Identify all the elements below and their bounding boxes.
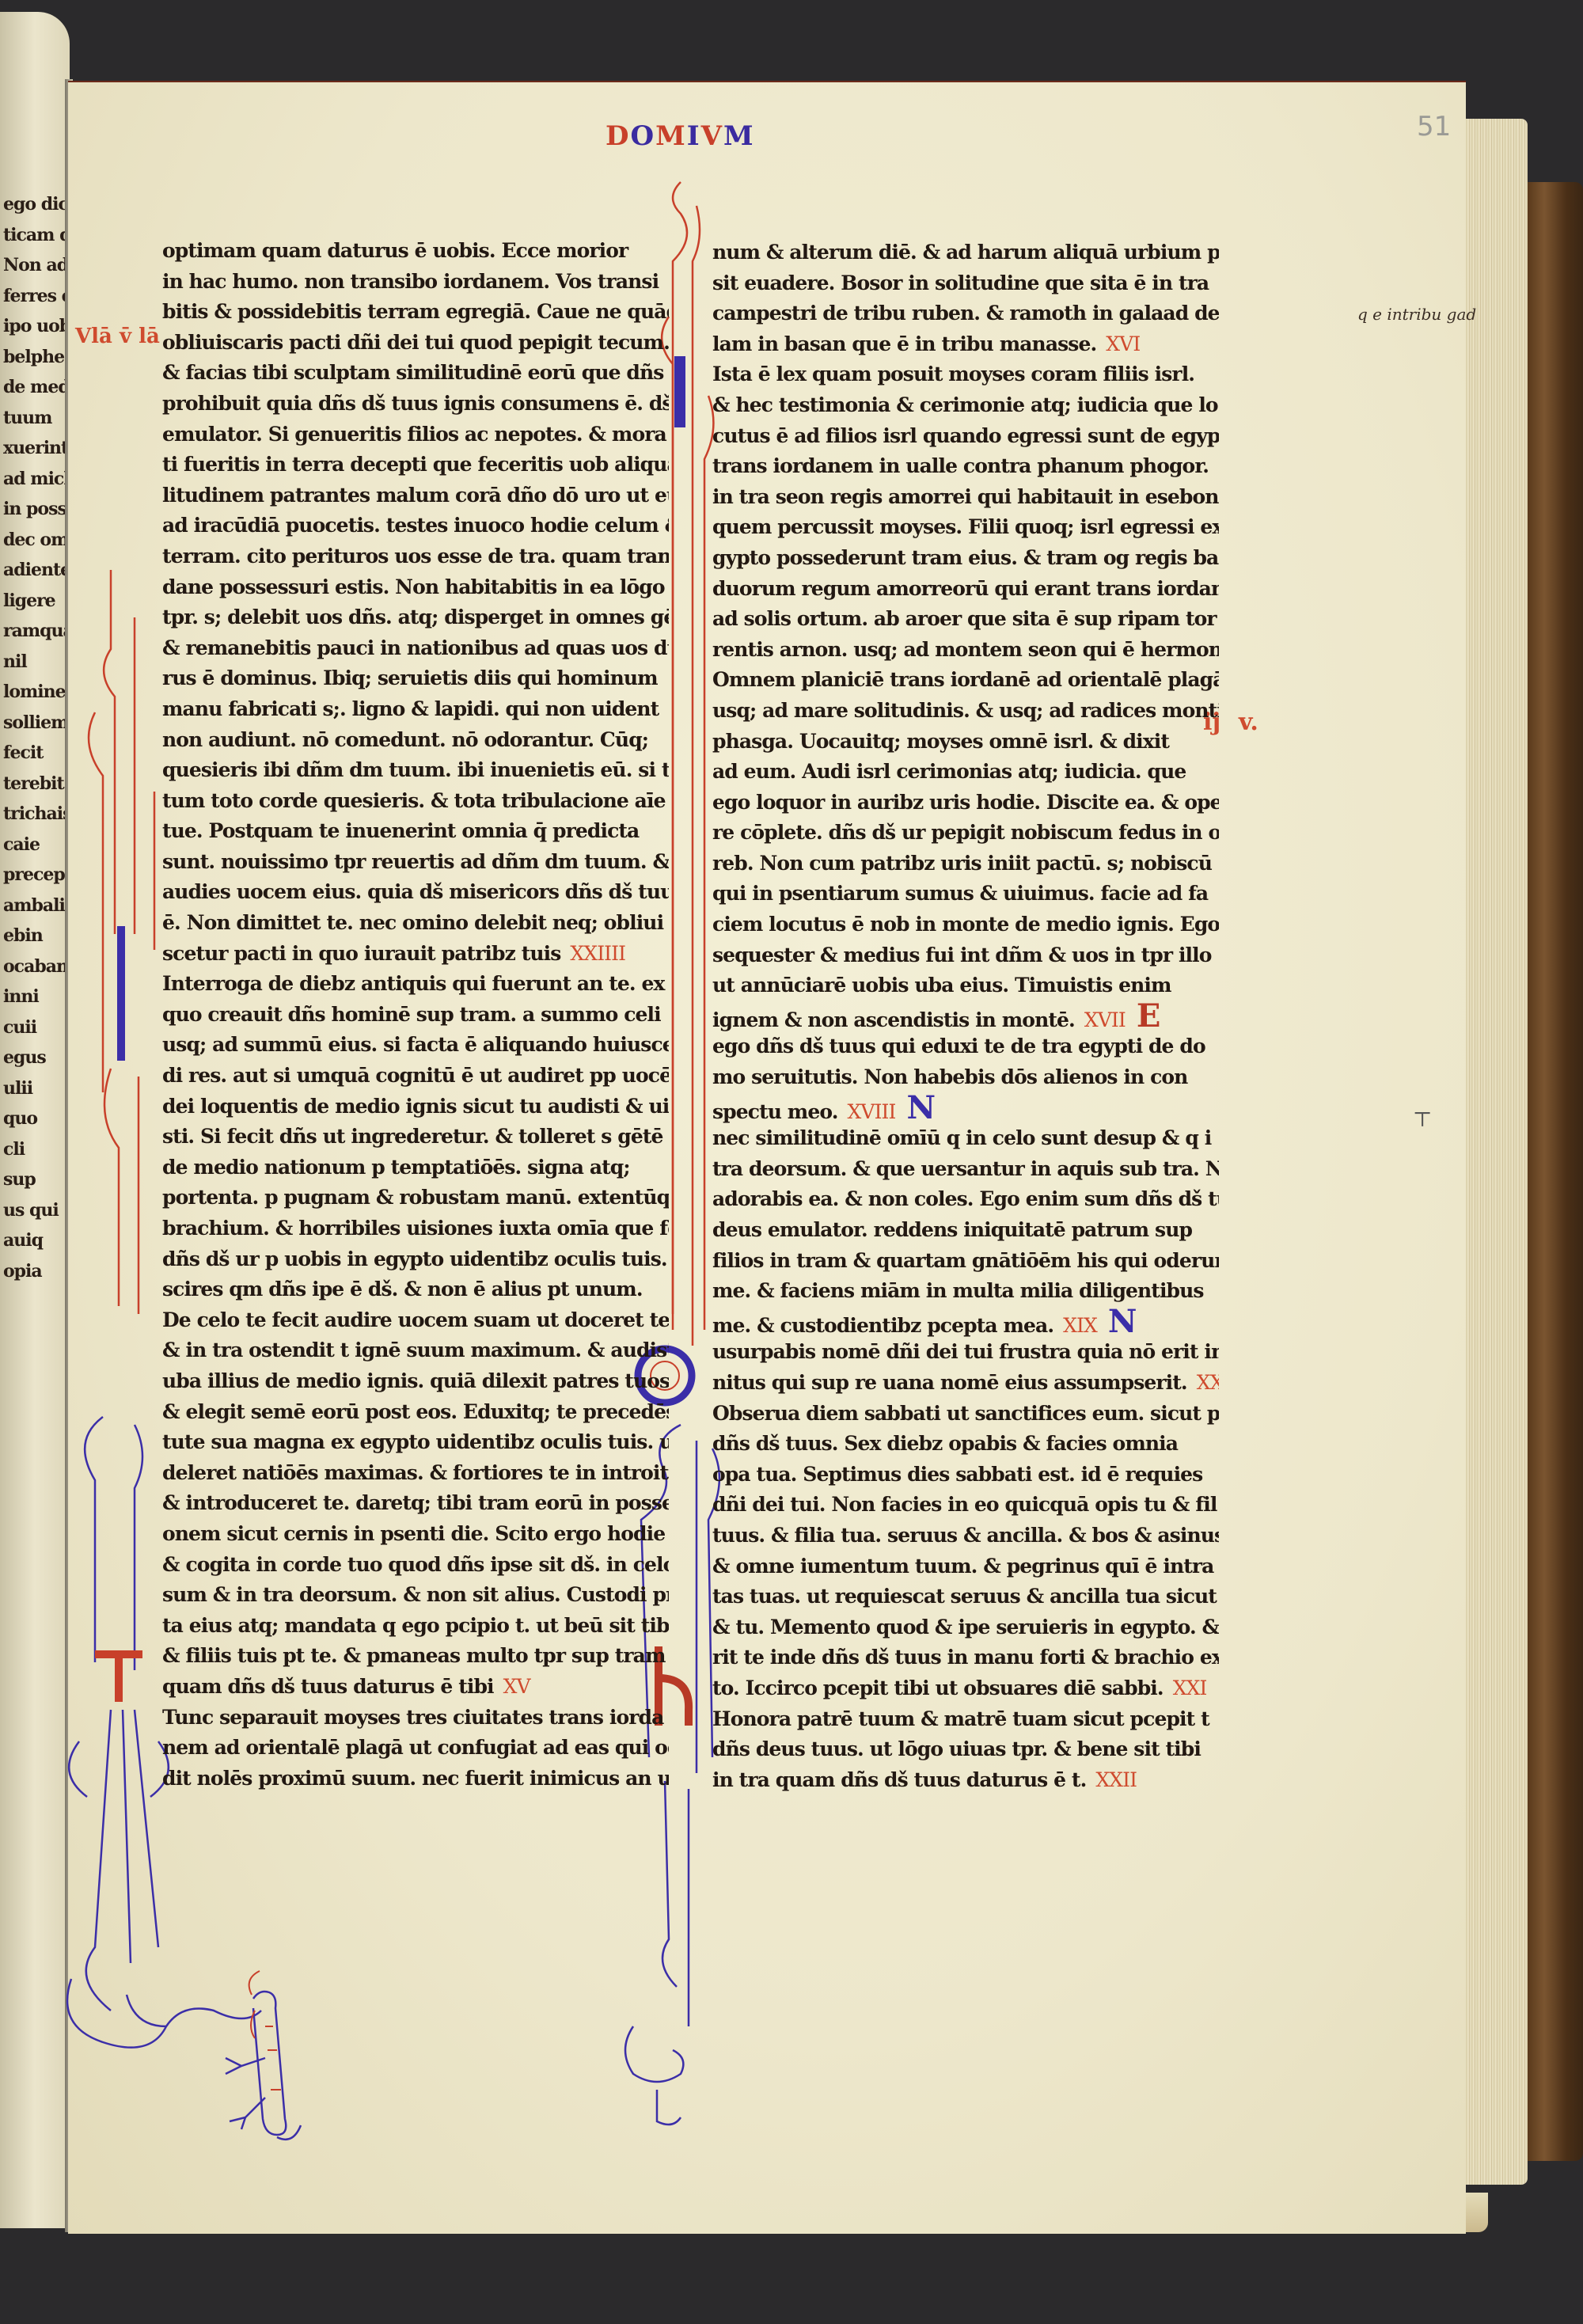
text-line: De celo te fecit audire uocem suam ut do… bbox=[162, 1305, 669, 1336]
text-line: to. Iccirco pcepit tibi ut obsuares diē … bbox=[712, 1673, 1219, 1704]
line-text: spectu meo. bbox=[712, 1100, 838, 1123]
line-text: sti. Si fecit dñs ut ingrederetur. & tol… bbox=[162, 1125, 663, 1148]
text-line: scetur pacti in quo iurauit patribz tuis… bbox=[162, 939, 669, 970]
text-line: deus emulator. reddens iniquitatē patrum… bbox=[712, 1215, 1219, 1246]
decorated-initial: N bbox=[907, 1093, 936, 1124]
text-line: ad solis ortum. ab aroer que sita ē sup … bbox=[712, 604, 1219, 635]
line-text: uba illius de medio ignis. quiā dilexit … bbox=[162, 1369, 669, 1392]
line-text: campestri de tribu ruben. & ramoth in ga… bbox=[712, 302, 1219, 325]
text-line: & omne iumentum tuum. & pegrinus quī ē i… bbox=[712, 1551, 1219, 1582]
line-text: dei loquentis de medio ignis sicut tu au… bbox=[162, 1095, 669, 1118]
line-text: ad solis ortum. ab aroer que sita ē sup … bbox=[712, 607, 1217, 630]
text-line: nec similitudinē omīū q in celo sunt des… bbox=[712, 1123, 1219, 1154]
line-text: terram. cito perituros uos esse de tra. … bbox=[162, 545, 669, 568]
line-text: num & alterum diē. & ad harum aliquā urb… bbox=[712, 241, 1219, 264]
text-line: emulator. Si genueritis filios ac nepote… bbox=[162, 420, 669, 450]
line-text: mo seruitutis. Non habebis dōs alienos i… bbox=[712, 1065, 1187, 1088]
text-line: deleret natiōēs maximas. & fortiores te … bbox=[162, 1458, 669, 1489]
text-line: nitus qui sup re uana nomē eius assumpse… bbox=[712, 1368, 1219, 1399]
text-line: ad eum. Audi isrl cerimonias atq; iudici… bbox=[712, 757, 1219, 788]
line-text: & facias tibi sculptam similitudinē eorū… bbox=[162, 361, 669, 384]
text-line: quem percussit moyses. Filii quoq; isrl … bbox=[712, 512, 1219, 543]
text-line: rus ē dominus. Ibiq; seruietis diis qui … bbox=[162, 663, 669, 694]
line-text: Interroga de diebz antiquis qui fuerunt … bbox=[162, 972, 669, 995]
text-line: rentis arnon. usq; ad montem seon qui ē … bbox=[712, 635, 1219, 666]
text-line: filios in tram & quartam gnātiōēm his qu… bbox=[712, 1246, 1219, 1277]
rubric-chapter-number: XV bbox=[503, 1675, 530, 1698]
text-line: tpr. s; delebit uos dñs. atq; disperget … bbox=[162, 602, 669, 633]
text-line: spectu meo.XVIIIN bbox=[712, 1093, 1219, 1124]
line-text: & cogita in corde tuo quod dñs ipse sit … bbox=[162, 1553, 669, 1576]
text-line: ē. Non dimittet te. nec omino delebit ne… bbox=[162, 908, 669, 939]
text-line: ta eius atq; mandata q ego pcipio t. ut … bbox=[162, 1611, 669, 1642]
line-text: in hac humo. non transibo iordanem. Vos … bbox=[162, 270, 659, 293]
line-text: Honora patrē tuum & matrē tuam sicut pce… bbox=[712, 1707, 1209, 1730]
line-text: Ista ē lex quam posuit moyses coram fili… bbox=[712, 363, 1194, 385]
text-line: portenta. p pugnam & robustam manū. exte… bbox=[162, 1183, 669, 1213]
line-text: bitis & possidebitis terram egregiā. Cau… bbox=[162, 300, 669, 323]
text-line: tra deorsum. & que uersantur in aquis su… bbox=[712, 1154, 1219, 1185]
text-line: ti fueritis in terra decepti que fecerit… bbox=[162, 450, 669, 480]
text-line: obliuiscaris pacti dñi dei tui quod pepi… bbox=[162, 328, 669, 359]
initial-N-blue bbox=[117, 926, 125, 1061]
text-line: & hec testimonia & cerimonie atq; iudici… bbox=[712, 390, 1219, 421]
text-line: quo creauit dñs hominē sup tram. a summo… bbox=[162, 1000, 669, 1031]
line-text: dñs deus tuus. ut lōgo uiuas tpr. & bene… bbox=[712, 1737, 1201, 1760]
line-text: Obserua diem sabbati ut sanctifices eum.… bbox=[712, 1402, 1219, 1425]
line-text: cutus ē ad filios isrl quando egressi su… bbox=[712, 424, 1219, 447]
line-text: sequester & medius fui int dñm & uos in … bbox=[712, 944, 1212, 966]
text-line: tuus. & filia tua. seruus & ancilla. & b… bbox=[712, 1521, 1219, 1551]
text-line: Tunc separauit moyses tres ciuitates tra… bbox=[162, 1703, 669, 1734]
text-line: Honora patrē tuum & matrē tuam sicut pce… bbox=[712, 1704, 1219, 1735]
line-text: non audiunt. nō comedunt. nō odorantur. … bbox=[162, 728, 648, 751]
text-line: onem sicut cernis in psenti die. Scito e… bbox=[162, 1519, 669, 1550]
line-text: emulator. Si genueritis filios ac nepote… bbox=[162, 423, 666, 446]
line-text: litudinem patrantes malum corā dño dō ur… bbox=[162, 484, 669, 507]
line-text: in tra seon regis amorrei qui habitauit … bbox=[712, 485, 1219, 508]
text-line: quam dñs dš tuus daturus ē tibiXV bbox=[162, 1672, 669, 1703]
decorated-initial: E bbox=[1137, 1001, 1160, 1032]
text-line: trans iordanem in ualle contra phanum ph… bbox=[712, 451, 1219, 482]
text-line: phasga. Uocauitq; moyses omnē isrl. & di… bbox=[712, 727, 1219, 758]
text-line: scires qm dñs ipe ē dš. & non ē alius pt… bbox=[162, 1274, 669, 1305]
line-text: & remanebitis pauci in nationibus ad qua… bbox=[162, 636, 669, 659]
line-text: scires qm dñs ipe ē dš. & non ē alius pt… bbox=[162, 1278, 643, 1301]
text-line: num & alterum diē. & ad harum aliquā urb… bbox=[712, 237, 1219, 268]
line-text: dñi dei tui. Non facies in eo quicquā op… bbox=[712, 1493, 1217, 1516]
line-text: prohibuit quia dñs dš tuus ignis consume… bbox=[162, 392, 669, 415]
line-text: trans iordanem in ualle contra phanum ph… bbox=[712, 454, 1209, 477]
line-text: ad eum. Audi isrl cerimonias atq; iudici… bbox=[712, 760, 1186, 783]
line-text: adorabis ea. & non coles. Ego enim sum d… bbox=[712, 1187, 1219, 1210]
line-text: De celo te fecit audire uocem suam ut do… bbox=[162, 1308, 669, 1331]
line-text: Tunc separauit moyses tres ciuitates tra… bbox=[162, 1706, 663, 1729]
line-text: & elegit semē eorū post eos. Eduxitq; te… bbox=[162, 1400, 669, 1423]
text-line: uba illius de medio ignis. quiā dilexit … bbox=[162, 1366, 669, 1397]
line-text: reb. Non cum patribz uris iniit pactū. s… bbox=[712, 852, 1212, 875]
text-line: usq; ad summū eius. si facta ē aliquando… bbox=[162, 1030, 669, 1061]
text-line: & facias tibi sculptam similitudinē eorū… bbox=[162, 358, 669, 389]
text-line: sequester & medius fui int dñm & uos in … bbox=[712, 940, 1219, 971]
text-column-right: num & alterum diē. & ad harum aliquā urb… bbox=[712, 237, 1219, 1795]
text-line: Interroga de diebz antiquis qui fuerunt … bbox=[162, 969, 669, 1000]
text-line: dane possessuri estis. Non habitabitis i… bbox=[162, 572, 669, 603]
line-text: & tu. Memento quod & ipe seruieris in eg… bbox=[712, 1616, 1219, 1639]
text-line: mo seruitutis. Non habebis dōs alienos i… bbox=[712, 1062, 1219, 1093]
text-line: dñs dš ur p uobis in egypto uidentibz oc… bbox=[162, 1244, 669, 1275]
text-line: lam in basan que ē in tribu manasse.XVI bbox=[712, 329, 1219, 360]
text-line: qui in psentiarum sumus & uiuimus. facie… bbox=[712, 879, 1219, 909]
text-line: non audiunt. nō comedunt. nō odorantur. … bbox=[162, 725, 669, 756]
line-text: usq; ad summū eius. si facta ē aliquando… bbox=[162, 1033, 669, 1056]
line-text: phasga. Uocauitq; moyses omnē isrl. & di… bbox=[712, 730, 1169, 753]
line-text: me. & custodientibz pcepta mea. bbox=[712, 1314, 1053, 1337]
text-line: sti. Si fecit dñs ut ingrederetur. & tol… bbox=[162, 1122, 669, 1153]
line-text: usurpabis nomē dñi dei tui frustra quia … bbox=[712, 1340, 1219, 1363]
line-text: obliuiscaris pacti dñi dei tui quod pepi… bbox=[162, 331, 669, 354]
line-text: rentis arnon. usq; ad montem seon qui ē … bbox=[712, 638, 1219, 661]
rubric-chapter-number: XIX bbox=[1063, 1314, 1097, 1337]
text-line: de medio nationum p temptatiōēs. signa a… bbox=[162, 1153, 669, 1183]
text-line: cutus ē ad filios isrl quando egressi su… bbox=[712, 421, 1219, 452]
line-text: tute sua magna ex egypto uidentibz oculi… bbox=[162, 1430, 669, 1453]
text-line: ignem & non ascendistis in montē.XVIIE bbox=[712, 1001, 1219, 1032]
text-line: & in tra ostendit t ignē suum maximum. &… bbox=[162, 1335, 669, 1366]
text-line: optimam quam daturus ē uobis. Ecce morio… bbox=[162, 236, 669, 267]
initial-I-blue bbox=[674, 356, 685, 427]
line-text: Omnem planiciē trans iordanē ad oriental… bbox=[712, 668, 1219, 691]
text-line: & cogita in corde tuo quod dñs ipse sit … bbox=[162, 1550, 669, 1581]
text-line: quesieris ibi dñm dm tuum. ibi inuenieti… bbox=[162, 755, 669, 786]
line-text: tum toto corde quesieris. & tota tribula… bbox=[162, 789, 666, 812]
text-line: ego loquor in auribz uris hodie. Discite… bbox=[712, 788, 1219, 818]
rubric-chapter-number: XVI bbox=[1106, 332, 1140, 355]
text-line: Omnem planiciē trans iordanē ad oriental… bbox=[712, 665, 1219, 696]
text-line: prohibuit quia dñs dš tuus ignis consume… bbox=[162, 389, 669, 420]
line-text: & filiis tuis pt te. & pmaneas multo tpr… bbox=[162, 1644, 666, 1667]
text-line: reb. Non cum patribz uris iniit pactū. s… bbox=[712, 849, 1219, 879]
text-line: Obserua diem sabbati ut sanctifices eum.… bbox=[712, 1399, 1219, 1430]
rubric-chapter-number: XVII bbox=[1084, 1008, 1126, 1031]
rubric-chapter-number: XVIII bbox=[848, 1100, 896, 1123]
line-text: quem percussit moyses. Filii quoq; isrl … bbox=[712, 515, 1219, 538]
line-text: sum & in tra deorsum. & non sit alius. C… bbox=[162, 1583, 669, 1606]
line-text: duorum regum amorreorū qui erant trans i… bbox=[712, 577, 1219, 600]
text-line: dñi dei tui. Non facies in eo quicquā op… bbox=[712, 1490, 1219, 1521]
text-line: Ista ē lex quam posuit moyses coram fili… bbox=[712, 359, 1219, 390]
text-line: tue. Postquam te inuenerint omnia q̄ pre… bbox=[162, 816, 669, 847]
line-text: ti fueritis in terra decepti que fecerit… bbox=[162, 453, 669, 476]
text-line: ad iracūdiā puocetis. testes inuoco hodi… bbox=[162, 511, 669, 541]
text-column-left: optimam quam daturus ē uobis. Ecce morio… bbox=[162, 236, 669, 1794]
text-line: me. & custodientibz pcepta mea.XIXN bbox=[712, 1307, 1219, 1338]
line-text: gypto possederunt tram eius. & tram og r… bbox=[712, 546, 1219, 569]
line-text: quam dñs dš tuus daturus ē tibi bbox=[162, 1675, 494, 1698]
line-text: brachium. & horribiles uisiones iuxta om… bbox=[162, 1217, 669, 1240]
text-line: adorabis ea. & non coles. Ego enim sum d… bbox=[712, 1184, 1219, 1215]
text-line: di res. aut si umquā cognitū ē ut audire… bbox=[162, 1061, 669, 1092]
bird-drolerie bbox=[226, 1992, 301, 2140]
text-line: dit nolēs proximū suum. nec fuerit inimi… bbox=[162, 1764, 669, 1794]
text-line: in tra seon regis amorrei qui habitauit … bbox=[712, 482, 1219, 513]
line-text: tra deorsum. & que uersantur in aquis su… bbox=[712, 1157, 1219, 1180]
text-line: litudinem patrantes malum corā dño dō ur… bbox=[162, 480, 669, 511]
line-text: ego dñs dš tuus qui eduxi te de tra egyp… bbox=[712, 1035, 1205, 1058]
text-line: duorum regum amorreorū qui erant trans i… bbox=[712, 574, 1219, 605]
text-line: gypto possederunt tram eius. & tram og r… bbox=[712, 543, 1219, 574]
text-line: & filiis tuis pt te. & pmaneas multo tpr… bbox=[162, 1641, 669, 1672]
text-line: ciem locutus ē nob in monte de medio ign… bbox=[712, 909, 1219, 940]
line-text: opa tua. Septimus dies sabbati est. id ē… bbox=[712, 1463, 1202, 1486]
line-text: rus ē dominus. Ibiq; seruietis diis qui … bbox=[162, 666, 658, 689]
line-text: optimam quam daturus ē uobis. Ecce morio… bbox=[162, 239, 628, 262]
line-text: tuus. & filia tua. seruus & ancilla. & b… bbox=[712, 1524, 1219, 1547]
line-text: & omne iumentum tuum. & pegrinus quī ē i… bbox=[712, 1555, 1219, 1578]
line-text: de medio nationum p temptatiōēs. signa a… bbox=[162, 1156, 630, 1179]
text-line: re cōplete. dñs dš ur pepigit nobiscum f… bbox=[712, 818, 1219, 849]
rubric-chapter-number: XX bbox=[1197, 1371, 1219, 1394]
text-line: rit te inde dñs dš tuus in manu forti & … bbox=[712, 1642, 1219, 1673]
text-line: ego dñs dš tuus qui eduxi te de tra egyp… bbox=[712, 1031, 1219, 1062]
line-text: dñs dš tuus. Sex diebz opabis & facies o… bbox=[712, 1432, 1178, 1455]
text-line: & introduceret te. daretq; tibi tram eor… bbox=[162, 1488, 669, 1519]
text-line: tum toto corde quesieris. & tota tribula… bbox=[162, 786, 669, 817]
text-line: me. & faciens miām in multa milia dilige… bbox=[712, 1276, 1219, 1307]
text-line: usurpabis nomē dñi dei tui frustra quia … bbox=[712, 1337, 1219, 1368]
line-text: rit te inde dñs dš tuus in manu forti & … bbox=[712, 1646, 1219, 1669]
line-text: nec similitudinē omīū q in celo sunt des… bbox=[712, 1126, 1211, 1149]
line-text: tue. Postquam te inuenerint omnia q̄ pre… bbox=[162, 819, 639, 842]
text-line: dñs deus tuus. ut lōgo uiuas tpr. & bene… bbox=[712, 1734, 1219, 1765]
text-line: in hac humo. non transibo iordanem. Vos … bbox=[162, 267, 669, 298]
line-text: & hec testimonia & cerimonie atq; iudici… bbox=[712, 393, 1218, 416]
text-line: sit euadere. Bosor in solitudine que sit… bbox=[712, 268, 1219, 299]
rubric-chapter-number: XXII bbox=[1095, 1768, 1137, 1791]
rubric-chapter-number: XXI bbox=[1173, 1677, 1207, 1699]
line-text: dit nolēs proximū suum. nec fuerit inimi… bbox=[162, 1767, 669, 1790]
line-text: ē. Non dimittet te. nec omino delebit ne… bbox=[162, 911, 663, 934]
text-line: & elegit semē eorū post eos. Eduxitq; te… bbox=[162, 1397, 669, 1428]
text-line: usq; ad mare solitudinis. & usq; ad radi… bbox=[712, 696, 1219, 727]
text-line: dei loquentis de medio ignis sicut tu au… bbox=[162, 1092, 669, 1122]
line-text: deus emulator. reddens iniquitatē patrum… bbox=[712, 1218, 1192, 1241]
line-text: me. & faciens miām in multa milia dilige… bbox=[712, 1279, 1204, 1302]
decorated-initial: N bbox=[1108, 1307, 1137, 1338]
line-text: ad iracūdiā puocetis. testes inuoco hodi… bbox=[162, 514, 669, 537]
text-line: ut annūciarē uobis uba eius. Timuistis e… bbox=[712, 970, 1219, 1001]
text-line: tute sua magna ex egypto uidentibz oculi… bbox=[162, 1427, 669, 1458]
line-text: dñs dš ur p uobis in egypto uidentibz oc… bbox=[162, 1247, 669, 1270]
line-text: to. Iccirco pcepit tibi ut obsuares diē … bbox=[712, 1677, 1164, 1699]
line-text: scetur pacti in quo iurauit patribz tuis bbox=[162, 942, 560, 965]
line-text: re cōplete. dñs dš ur pepigit nobiscum f… bbox=[712, 821, 1219, 844]
line-text: onem sicut cernis in psenti die. Scito e… bbox=[162, 1522, 665, 1545]
text-line: dñs dš tuus. Sex diebz opabis & facies o… bbox=[712, 1429, 1219, 1460]
line-text: tpr. s; delebit uos dñs. atq; disperget … bbox=[162, 606, 669, 628]
line-text: ut annūciarē uobis uba eius. Timuistis e… bbox=[712, 974, 1171, 997]
text-line: bitis & possidebitis terram egregiā. Cau… bbox=[162, 297, 669, 328]
line-text: di res. aut si umquā cognitū ē ut audire… bbox=[162, 1064, 669, 1087]
line-text: dane possessuri estis. Non habitabitis i… bbox=[162, 575, 665, 598]
text-line: brachium. & horribiles uisiones iuxta om… bbox=[162, 1213, 669, 1244]
text-line: in tra quam dñs dš tuus daturus ē t.XXII bbox=[712, 1765, 1219, 1796]
text-line: sunt. nouissimo tpr reuertis ad dñm dm t… bbox=[162, 847, 669, 878]
line-text: quesieris ibi dñm dm tuum. ibi inuenieti… bbox=[162, 758, 669, 781]
line-text: lam in basan que ē in tribu manasse. bbox=[712, 332, 1096, 355]
line-text: ego loquor in auribz uris hodie. Discite… bbox=[712, 791, 1219, 814]
text-line: opa tua. Septimus dies sabbati est. id ē… bbox=[712, 1460, 1219, 1490]
line-text: & in tra ostendit t ignē suum maximum. &… bbox=[162, 1339, 669, 1361]
line-text: ta eius atq; mandata q ego pcipio t. ut … bbox=[162, 1614, 669, 1637]
line-text: portenta. p pugnam & robustam manū. exte… bbox=[162, 1186, 669, 1209]
line-text: filios in tram & quartam gnātiōēm his qu… bbox=[712, 1249, 1219, 1272]
text-line: terram. cito perituros uos esse de tra. … bbox=[162, 541, 669, 572]
line-text: usq; ad mare solitudinis. & usq; ad radi… bbox=[712, 699, 1219, 722]
line-text: & introduceret te. daretq; tibi tram eor… bbox=[162, 1491, 669, 1514]
text-line: manu fabricati s;. ligno & lapidi. qui n… bbox=[162, 694, 669, 725]
text-line: nem ad orientalē plagā ut confugiat ad e… bbox=[162, 1733, 669, 1764]
text-line: campestri de tribu ruben. & ramoth in ga… bbox=[712, 298, 1219, 329]
line-text: qui in psentiarum sumus & uiuimus. facie… bbox=[712, 882, 1208, 905]
line-text: manu fabricati s;. ligno & lapidi. qui n… bbox=[162, 697, 659, 720]
line-text: ignem & non ascendistis in montē. bbox=[712, 1008, 1075, 1031]
line-text: tas tuas. ut requiescat seruus & ancilla… bbox=[712, 1585, 1217, 1608]
rubric-chapter-number: XXIIII bbox=[570, 942, 625, 965]
line-text: deleret natiōēs maximas. & fortiores te … bbox=[162, 1461, 669, 1484]
line-text: sunt. nouissimo tpr reuertis ad dñm dm t… bbox=[162, 850, 669, 873]
text-line: sum & in tra deorsum. & non sit alius. C… bbox=[162, 1580, 669, 1611]
line-text: quo creauit dñs hominē sup tram. a summo… bbox=[162, 1003, 661, 1026]
line-text: ciem locutus ē nob in monte de medio ign… bbox=[712, 913, 1219, 936]
text-line: audies uocem eius. quia dš misericors dñ… bbox=[162, 877, 669, 908]
line-text: nem ad orientalē plagā ut confugiat ad e… bbox=[162, 1736, 669, 1759]
text-line: & remanebitis pauci in nationibus ad qua… bbox=[162, 633, 669, 664]
line-text: sit euadere. Bosor in solitudine que sit… bbox=[712, 272, 1209, 294]
text-line: tas tuas. ut requiescat seruus & ancilla… bbox=[712, 1582, 1219, 1612]
line-text: audies uocem eius. quia dš misericors dñ… bbox=[162, 880, 669, 903]
text-line: & tu. Memento quod & ipe seruieris in eg… bbox=[712, 1612, 1219, 1643]
line-text: nitus qui sup re uana nomē eius assumpse… bbox=[712, 1371, 1187, 1394]
line-text: in tra quam dñs dš tuus daturus ē t. bbox=[712, 1768, 1086, 1791]
